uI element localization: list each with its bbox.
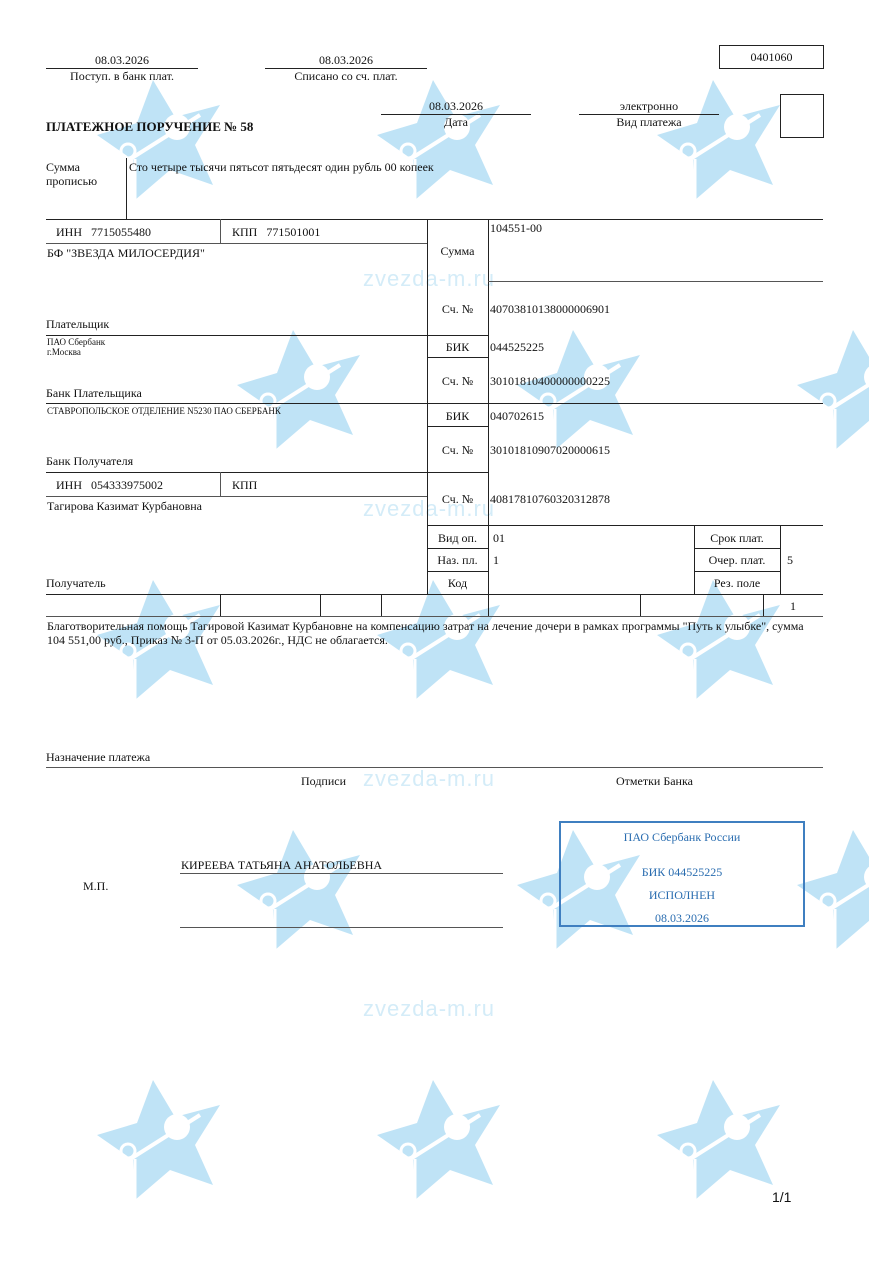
- received-label: Поступ. в банк плат.: [46, 69, 198, 83]
- purpose-text-line1: Благотворительная помощь Тагировой Казим…: [47, 619, 804, 633]
- watermark-logo-icon: [235, 825, 365, 955]
- divider: [694, 548, 780, 549]
- divider: [46, 594, 823, 595]
- payer-bank-account-value: 30101810400000000225: [490, 374, 610, 388]
- payer-bank-bik-value: 044525225: [490, 340, 544, 354]
- code-label: Код: [427, 576, 488, 590]
- payee-bank-account-label: Сч. №: [427, 443, 488, 457]
- payer-bank-account-label: Сч. №: [427, 374, 488, 388]
- divider: [46, 472, 488, 473]
- watermark-logo-icon: [655, 75, 785, 205]
- purpose-code-label: Наз. пл.: [427, 553, 488, 567]
- amount-words-value: Сто четыре тысячи пятьсот пятьдесят один…: [129, 160, 434, 174]
- amount-words-label: Суммапрописью: [46, 160, 97, 188]
- signer-name: КИРЕЕВА ТАТЬЯНА АНАТОЛЬЕВНА: [181, 858, 382, 872]
- payee-bank-account-value: 30101810907020000615: [490, 443, 610, 457]
- received-date: 08.03.2026: [46, 53, 198, 67]
- divider: [46, 767, 823, 768]
- payer-role-label: Плательщик: [46, 317, 109, 331]
- divider: [427, 571, 488, 572]
- divider: [488, 281, 823, 282]
- op-type-value: 01: [493, 531, 505, 545]
- priority-value: 5: [787, 553, 793, 567]
- watermark-logo-icon: [95, 1075, 225, 1205]
- payee-account-value: 40817810760320312878: [490, 492, 610, 506]
- payer-bank-name: ПАО Сбербанкг.Москва: [47, 337, 105, 357]
- payer-inn: ИНН 7715055480: [56, 225, 151, 239]
- payee-account-label: Сч. №: [427, 492, 488, 506]
- divider: [488, 219, 489, 616]
- payer-kpp: КПП 771501001: [232, 225, 320, 239]
- payer-bank-name-line1: ПАО Сбербанк: [47, 337, 105, 347]
- payment-status-box: [780, 94, 824, 138]
- divider: [427, 548, 488, 549]
- divider: [46, 496, 427, 497]
- divider: [46, 335, 488, 336]
- payment-type-label: Вид платежа: [579, 115, 719, 129]
- signatures-label: Подписи: [301, 774, 346, 788]
- divider: [220, 472, 221, 496]
- divider: [220, 219, 221, 243]
- payer-bank-name-line2: г.Москва: [47, 347, 81, 357]
- amount-words-label-line1: Сумма: [46, 160, 80, 174]
- tax-row-last-cell: 1: [763, 599, 823, 613]
- purpose-text-line2: 104 551,00 руб., Приказ № 3-П от 05.03.2…: [47, 633, 388, 647]
- payer-kpp-label: КПП: [232, 225, 257, 239]
- page-indicator: 1/1: [772, 1189, 791, 1205]
- stamp-place-label: М.П.: [83, 879, 108, 893]
- payment-type: электронно: [579, 99, 719, 113]
- payee-bank-bik-value: 040702615: [490, 409, 544, 423]
- watermark-logo-icon: [795, 325, 869, 455]
- watermark-text: zvezda-m.ru: [363, 266, 495, 292]
- divider: [126, 158, 127, 219]
- amount-value: 104551-00: [490, 221, 542, 235]
- stamp-bik: БИК 044525225: [561, 865, 803, 880]
- payee-kpp-label: КПП: [232, 478, 257, 492]
- date-label: Дата: [381, 115, 531, 129]
- reserve-label: Рез. поле: [694, 576, 780, 590]
- watermark-text: zvezda-m.ru: [363, 766, 495, 792]
- purpose-label: Назначение платежа: [46, 750, 150, 764]
- divider: [46, 243, 427, 244]
- term-label: Срок плат.: [694, 531, 780, 545]
- watermark-logo-icon: [375, 1075, 505, 1205]
- divider: [640, 594, 641, 616]
- watermark-logo-icon: [95, 75, 225, 205]
- payee-name: Тагирова Казимат Курбановна: [47, 499, 202, 513]
- bank-marks-label: Отметки Банка: [616, 774, 693, 788]
- divider: [427, 357, 488, 358]
- payee-kpp: КПП: [232, 478, 266, 492]
- payee-bank-bik-label: БИК: [427, 409, 488, 423]
- priority-label: Очер. плат.: [694, 553, 780, 567]
- stamp-status: ИСПОЛНЕН: [561, 888, 803, 903]
- bank-stamp: ПАО Сбербанк России БИК 044525225 ИСПОЛН…: [559, 821, 805, 927]
- payer-account-value: 40703810138000006901: [490, 302, 610, 316]
- signature-line: [180, 927, 503, 928]
- debited-label: Списано со сч. плат.: [265, 69, 427, 83]
- payee-inn-label: ИНН: [56, 478, 82, 492]
- divider: [46, 219, 823, 220]
- payer-account-label: Сч. №: [427, 302, 488, 316]
- payee-inn: ИНН 054333975002: [56, 478, 163, 492]
- payer-bank-role-label: Банк Плательщика: [46, 386, 142, 400]
- debited-date: 08.03.2026: [265, 53, 427, 67]
- divider: [46, 616, 823, 617]
- purpose-code-value: 1: [493, 553, 499, 567]
- divider: [427, 426, 488, 427]
- divider: [780, 525, 781, 594]
- payer-inn-label: ИНН: [56, 225, 82, 239]
- watermark-logo-icon: [235, 325, 365, 455]
- document-date: 08.03.2026: [381, 99, 531, 113]
- signature-line: [180, 873, 503, 874]
- payer-name: БФ "ЗВЕЗДА МИЛОСЕРДИЯ": [47, 246, 205, 260]
- watermark-text: zvezda-m.ru: [363, 996, 495, 1022]
- stamp-date: 08.03.2026: [561, 911, 803, 926]
- divider: [46, 403, 823, 404]
- amount-words-label-line2: прописью: [46, 174, 97, 188]
- divider: [320, 594, 321, 616]
- watermark-logo-icon: [375, 75, 505, 205]
- watermark-logo-icon: [795, 825, 869, 955]
- payer-inn-value: 7715055480: [91, 225, 151, 239]
- divider: [220, 594, 221, 616]
- page-title: ПЛАТЕЖНОЕ ПОРУЧЕНИЕ № 58: [46, 119, 253, 135]
- watermark-logo-icon: [655, 1075, 785, 1205]
- stamp-bank-name: ПАО Сбербанк России: [561, 830, 803, 845]
- payer-bank-bik-label: БИК: [427, 340, 488, 354]
- payee-bank-name: СТАВРОПОЛЬСКОЕ ОТДЕЛЕНИЕ N5230 ПАО СБЕРБ…: [47, 406, 281, 416]
- form-code-box: 0401060: [719, 45, 824, 69]
- payee-inn-value: 054333975002: [91, 478, 163, 492]
- divider: [427, 525, 823, 526]
- divider: [694, 571, 780, 572]
- payee-role-label: Получатель: [46, 576, 106, 590]
- amount-label: Сумма: [427, 244, 488, 258]
- divider: [381, 594, 382, 616]
- op-type-label: Вид оп.: [427, 531, 488, 545]
- payer-kpp-value: 771501001: [266, 225, 320, 239]
- payee-bank-role-label: Банк Получателя: [46, 454, 133, 468]
